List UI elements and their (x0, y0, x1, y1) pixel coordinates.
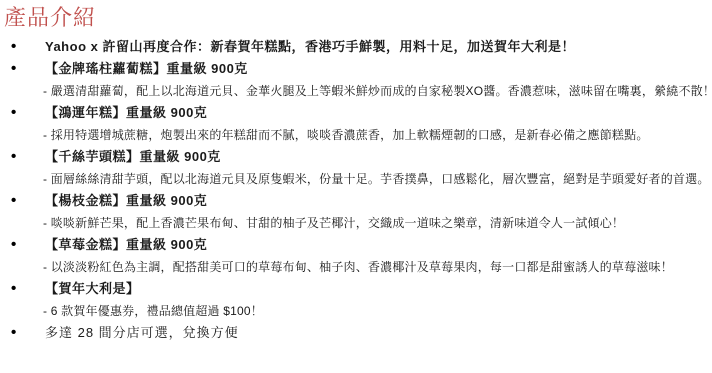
item-description: - 6 款賀年優惠券，禮品總值超過 $100！ (43, 300, 712, 322)
list-item: • 【賀年大利是】 - 6 款賀年優惠券，禮品總值超過 $100！ (0, 278, 712, 322)
list-item: • 【楊枝金糕】重量級 900克 - 啖啖新鮮芒果，配上香濃芒果布甸、甘甜的柚子… (0, 190, 712, 234)
item-title: 多達 28 間分店可選，兌換方便 (45, 322, 712, 344)
bullet-icon: • (11, 278, 16, 300)
product-list: • Yahoo x 許留山再度合作：新春賀年糕點，香港巧手鮮製，用料十足，加送賀… (0, 36, 712, 344)
item-title: 【賀年大利是】 (45, 278, 712, 300)
bullet-icon: • (11, 322, 16, 344)
item-title: 【千絲芋頭糕】重量級 900克 (45, 146, 712, 168)
bullet-icon: • (11, 58, 16, 80)
page-title: 產品介紹 (4, 5, 96, 31)
item-description: - 採用特選增城蔗糖，炮製出來的年糕甜而不膩，啖啖香濃蔗香，加上軟糯煙韌的口感，… (43, 124, 712, 146)
list-item: • 【草莓金糕】重量級 900克 - 以淡淡粉紅色為主調，配搭甜美可口的草莓布甸… (0, 234, 712, 278)
bullet-icon: • (11, 190, 16, 212)
list-item: • 【鴻運年糕】重量級 900克 - 採用特選增城蔗糖，炮製出來的年糕甜而不膩，… (0, 102, 712, 146)
item-title: 【鴻運年糕】重量級 900克 (45, 102, 712, 124)
bullet-icon: • (11, 36, 16, 58)
list-item: • 【金牌瑤柱蘿蔔糕】重量級 900克 - 嚴選清甜蘿蔔，配上以北海道元貝、金華… (0, 58, 712, 102)
list-item: • 多達 28 間分店可選，兌換方便 (0, 322, 712, 344)
item-title: 【草莓金糕】重量級 900克 (45, 234, 712, 256)
item-description: - 面層絲絲清甜芋頭，配以北海道元貝及原隻蝦米，份量十足。芋香撲鼻，口感鬆化，層… (43, 168, 712, 190)
bullet-icon: • (11, 102, 16, 124)
item-description: - 嚴選清甜蘿蔔，配上以北海道元貝、金華火腿及上等蝦米鮮炒而成的自家秘製XO醬。… (43, 80, 712, 102)
bullet-icon: • (11, 146, 16, 168)
item-description: - 啖啖新鮮芒果，配上香濃芒果布甸、甘甜的柚子及芒椰汁，交織成一道味之樂章，清新… (43, 212, 712, 234)
document-page: 產品介紹 • Yahoo x 許留山再度合作：新春賀年糕點，香港巧手鮮製，用料十… (0, 0, 712, 373)
item-description: - 以淡淡粉紅色為主調，配搭甜美可口的草莓布甸、柚子肉、香濃椰汁及草莓果肉，每一… (43, 256, 712, 278)
item-title: 【楊枝金糕】重量級 900克 (45, 190, 712, 212)
list-item: • Yahoo x 許留山再度合作：新春賀年糕點，香港巧手鮮製，用料十足，加送賀… (0, 36, 712, 58)
bullet-icon: • (11, 234, 16, 256)
list-item: • 【千絲芋頭糕】重量級 900克 - 面層絲絲清甜芋頭，配以北海道元貝及原隻蝦… (0, 146, 712, 190)
item-title: Yahoo x 許留山再度合作：新春賀年糕點，香港巧手鮮製，用料十足，加送賀年大… (45, 36, 712, 58)
item-title: 【金牌瑤柱蘿蔔糕】重量級 900克 (45, 58, 712, 80)
